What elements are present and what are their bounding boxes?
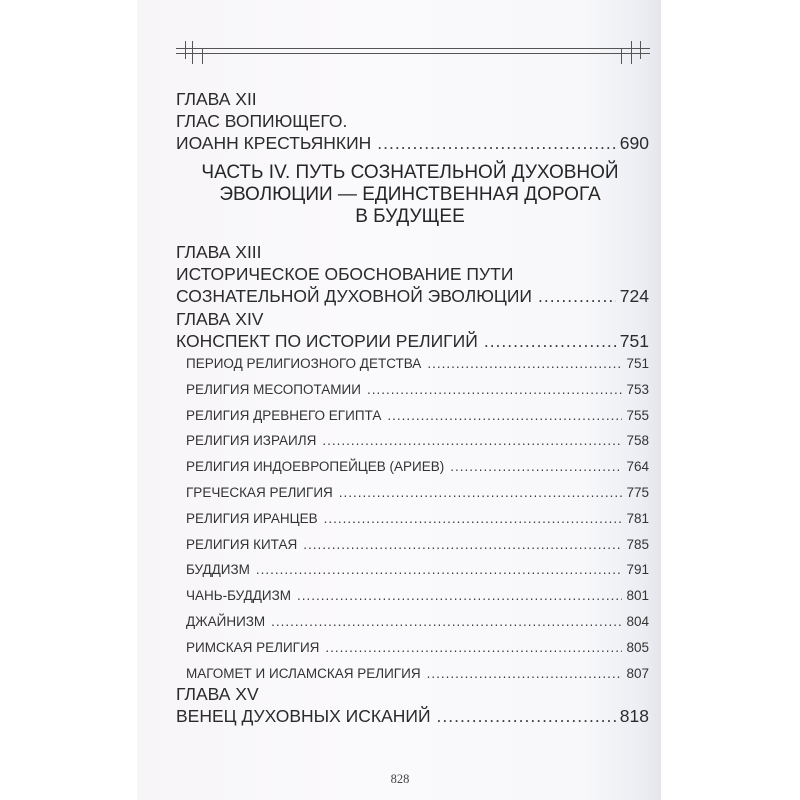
dot-leader: [339, 484, 623, 501]
dot-leader: [303, 536, 622, 553]
part-heading-line: ЧАСТЬ IV. ПУТЬ СОЗНАТЕЛЬНОЙ ДУХОВНОЙ: [160, 162, 660, 184]
toc-section-item[interactable]: БУДДИЗМ791: [176, 561, 649, 578]
page-number: 828: [370, 772, 430, 787]
page-ref: 785: [626, 536, 649, 553]
toc-chapter-14[interactable]: ГЛАВА XIV КОНСПЕКТ ПО ИСТОРИИ РЕЛИГИЙ 75…: [176, 308, 649, 352]
section-title: РЕЛИГИЯ МЕСОПОТАМИИ: [186, 381, 361, 398]
page-ref: 805: [626, 639, 649, 656]
part-heading-line: В БУДУЩЕЕ: [160, 206, 660, 228]
dot-leader: [367, 381, 623, 398]
page-ref: 755: [626, 407, 649, 424]
dot-leader: [271, 613, 622, 630]
section-title: РЕЛИГИЯ ИЗРАИЛЯ: [186, 432, 316, 449]
page-ref: 764: [626, 458, 649, 475]
toc-chapter-15[interactable]: ГЛАВА XV ВЕНЕЦ ДУХОВНЫХ ИСКАНИЙ 818: [176, 683, 649, 727]
page-ref: 751: [620, 330, 649, 352]
header-ornament-rule: [176, 40, 650, 66]
toc-leader-row: ИОАНН КРЕСТЬЯНКИН 690: [176, 132, 649, 154]
toc-leader-row: ВЕНЕЦ ДУХОВНЫХ ИСКАНИЙ 818: [176, 705, 649, 727]
chapter-title: ГЛАС ВОПИЮЩЕГО.: [176, 110, 649, 132]
part-heading: ЧАСТЬ IV. ПУТЬ СОЗНАТЕЛЬНОЙ ДУХОВНОЙ ЭВО…: [160, 162, 660, 228]
page-ref: 781: [626, 510, 649, 527]
chapter-title: КОНСПЕКТ ПО ИСТОРИИ РЕЛИГИЙ: [176, 330, 478, 352]
page-ref: 724: [620, 285, 649, 307]
toc-section-item[interactable]: ГРЕЧЕСКАЯ РЕЛИГИЯ775: [176, 484, 649, 501]
toc-section-item[interactable]: РЕЛИГИЯ ИЗРАИЛЯ758: [176, 432, 649, 449]
dot-leader: [297, 587, 622, 604]
section-title: РЕЛИГИЯ КИТАЯ: [186, 536, 297, 553]
dot-leader: [538, 285, 616, 307]
page-ref: 807: [626, 665, 649, 682]
dot-leader: [322, 432, 622, 449]
dot-leader: [325, 639, 622, 656]
toc-chapter-13[interactable]: ГЛАВА XIII ИСТОРИЧЕСКОЕ ОБОСНОВАНИЕ ПУТИ…: [176, 241, 649, 307]
chapter-title: ВЕНЕЦ ДУХОВНЫХ ИСКАНИЙ: [176, 705, 431, 727]
toc-leader-row: КОНСПЕКТ ПО ИСТОРИИ РЕЛИГИЙ 751: [176, 330, 649, 352]
toc-section-item[interactable]: МАГОМЕТ И ИСЛАМСКАЯ РЕЛИГИЯ807: [176, 665, 649, 682]
section-title: ДЖАЙНИЗМ: [186, 613, 265, 630]
toc-chapter-12[interactable]: ГЛАВА XII ГЛАС ВОПИЮЩЕГО. ИОАНН КРЕСТЬЯН…: [176, 88, 649, 154]
chapter-title: ИСТОРИЧЕСКОЕ ОБОСНОВАНИЕ ПУТИ: [176, 263, 649, 285]
toc-section-item[interactable]: РЕЛИГИЯ КИТАЯ785: [176, 536, 649, 553]
section-title: РЕЛИГИЯ ИРАНЦЕВ: [186, 510, 318, 527]
toc-leader-row: СОЗНАТЕЛЬНОЙ ДУХОВНОЙ ЭВОЛЮЦИИ 724: [176, 285, 649, 307]
dot-leader: [427, 665, 623, 682]
dot-leader: [377, 132, 616, 154]
toc-section-item[interactable]: РИМСКАЯ РЕЛИГИЯ805: [176, 639, 649, 656]
chapter-label: ГЛАВА XII: [176, 88, 649, 110]
toc-section-item[interactable]: РЕЛИГИЯ ИРАНЦЕВ781: [176, 510, 649, 527]
section-title: РЕЛИГИЯ ДРЕВНЕГО ЕГИПТА: [186, 407, 381, 424]
page-ref: 775: [626, 484, 649, 501]
toc-section-item[interactable]: РЕЛИГИЯ ДРЕВНЕГО ЕГИПТА755: [176, 407, 649, 424]
section-title: ПЕРИОД РЕЛИГИОЗНОГО ДЕТСТВА: [186, 355, 421, 372]
section-title: ЧАНЬ-БУДДИЗМ: [186, 587, 291, 604]
section-title: ГРЕЧЕСКАЯ РЕЛИГИЯ: [186, 484, 333, 501]
page-ref: 758: [626, 432, 649, 449]
section-title: БУДДИЗМ: [186, 561, 250, 578]
dot-leader: [450, 458, 622, 475]
chapter-label: ГЛАВА XIV: [176, 308, 649, 330]
section-title: МАГОМЕТ И ИСЛАМСКАЯ РЕЛИГИЯ: [186, 665, 421, 682]
page-ref: 753: [626, 381, 649, 398]
chapter-label: ГЛАВА XIII: [176, 241, 649, 263]
chapter-label: ГЛАВА XV: [176, 683, 649, 705]
page-ref: 818: [620, 705, 649, 727]
dot-leader: [324, 510, 623, 527]
chapter-title: СОЗНАТЕЛЬНОЙ ДУХОВНОЙ ЭВОЛЮЦИИ: [176, 285, 532, 307]
dot-leader: [484, 330, 616, 352]
section-title: РЕЛИГИЯ ИНДОЕВРОПЕЙЦЕВ (АРИЕВ): [186, 458, 444, 475]
page-ref: 804: [626, 613, 649, 630]
toc-section-item[interactable]: ПЕРИОД РЕЛИГИОЗНОГО ДЕТСТВА751: [176, 355, 649, 372]
page-ref: 791: [626, 561, 649, 578]
dot-leader: [256, 561, 623, 578]
section-title: РИМСКАЯ РЕЛИГИЯ: [186, 639, 319, 656]
dot-leader: [387, 407, 622, 424]
dot-leader: [427, 355, 622, 372]
toc-section-item[interactable]: РЕЛИГИЯ МЕСОПОТАМИИ753: [176, 381, 649, 398]
toc-section-item[interactable]: РЕЛИГИЯ ИНДОЕВРОПЕЙЦЕВ (АРИЕВ)764: [176, 458, 649, 475]
page-ref: 751: [626, 355, 649, 372]
page-ref: 801: [626, 587, 649, 604]
toc-section-item[interactable]: ДЖАЙНИЗМ804: [176, 613, 649, 630]
dot-leader: [437, 705, 616, 727]
page-ref: 690: [620, 132, 649, 154]
toc-section-item[interactable]: ЧАНЬ-БУДДИЗМ801: [176, 587, 649, 604]
chapter-title: ИОАНН КРЕСТЬЯНКИН: [176, 132, 371, 154]
part-heading-line: ЭВОЛЮЦИИ — ЕДИНСТВЕННАЯ ДОРОГА: [160, 184, 660, 206]
